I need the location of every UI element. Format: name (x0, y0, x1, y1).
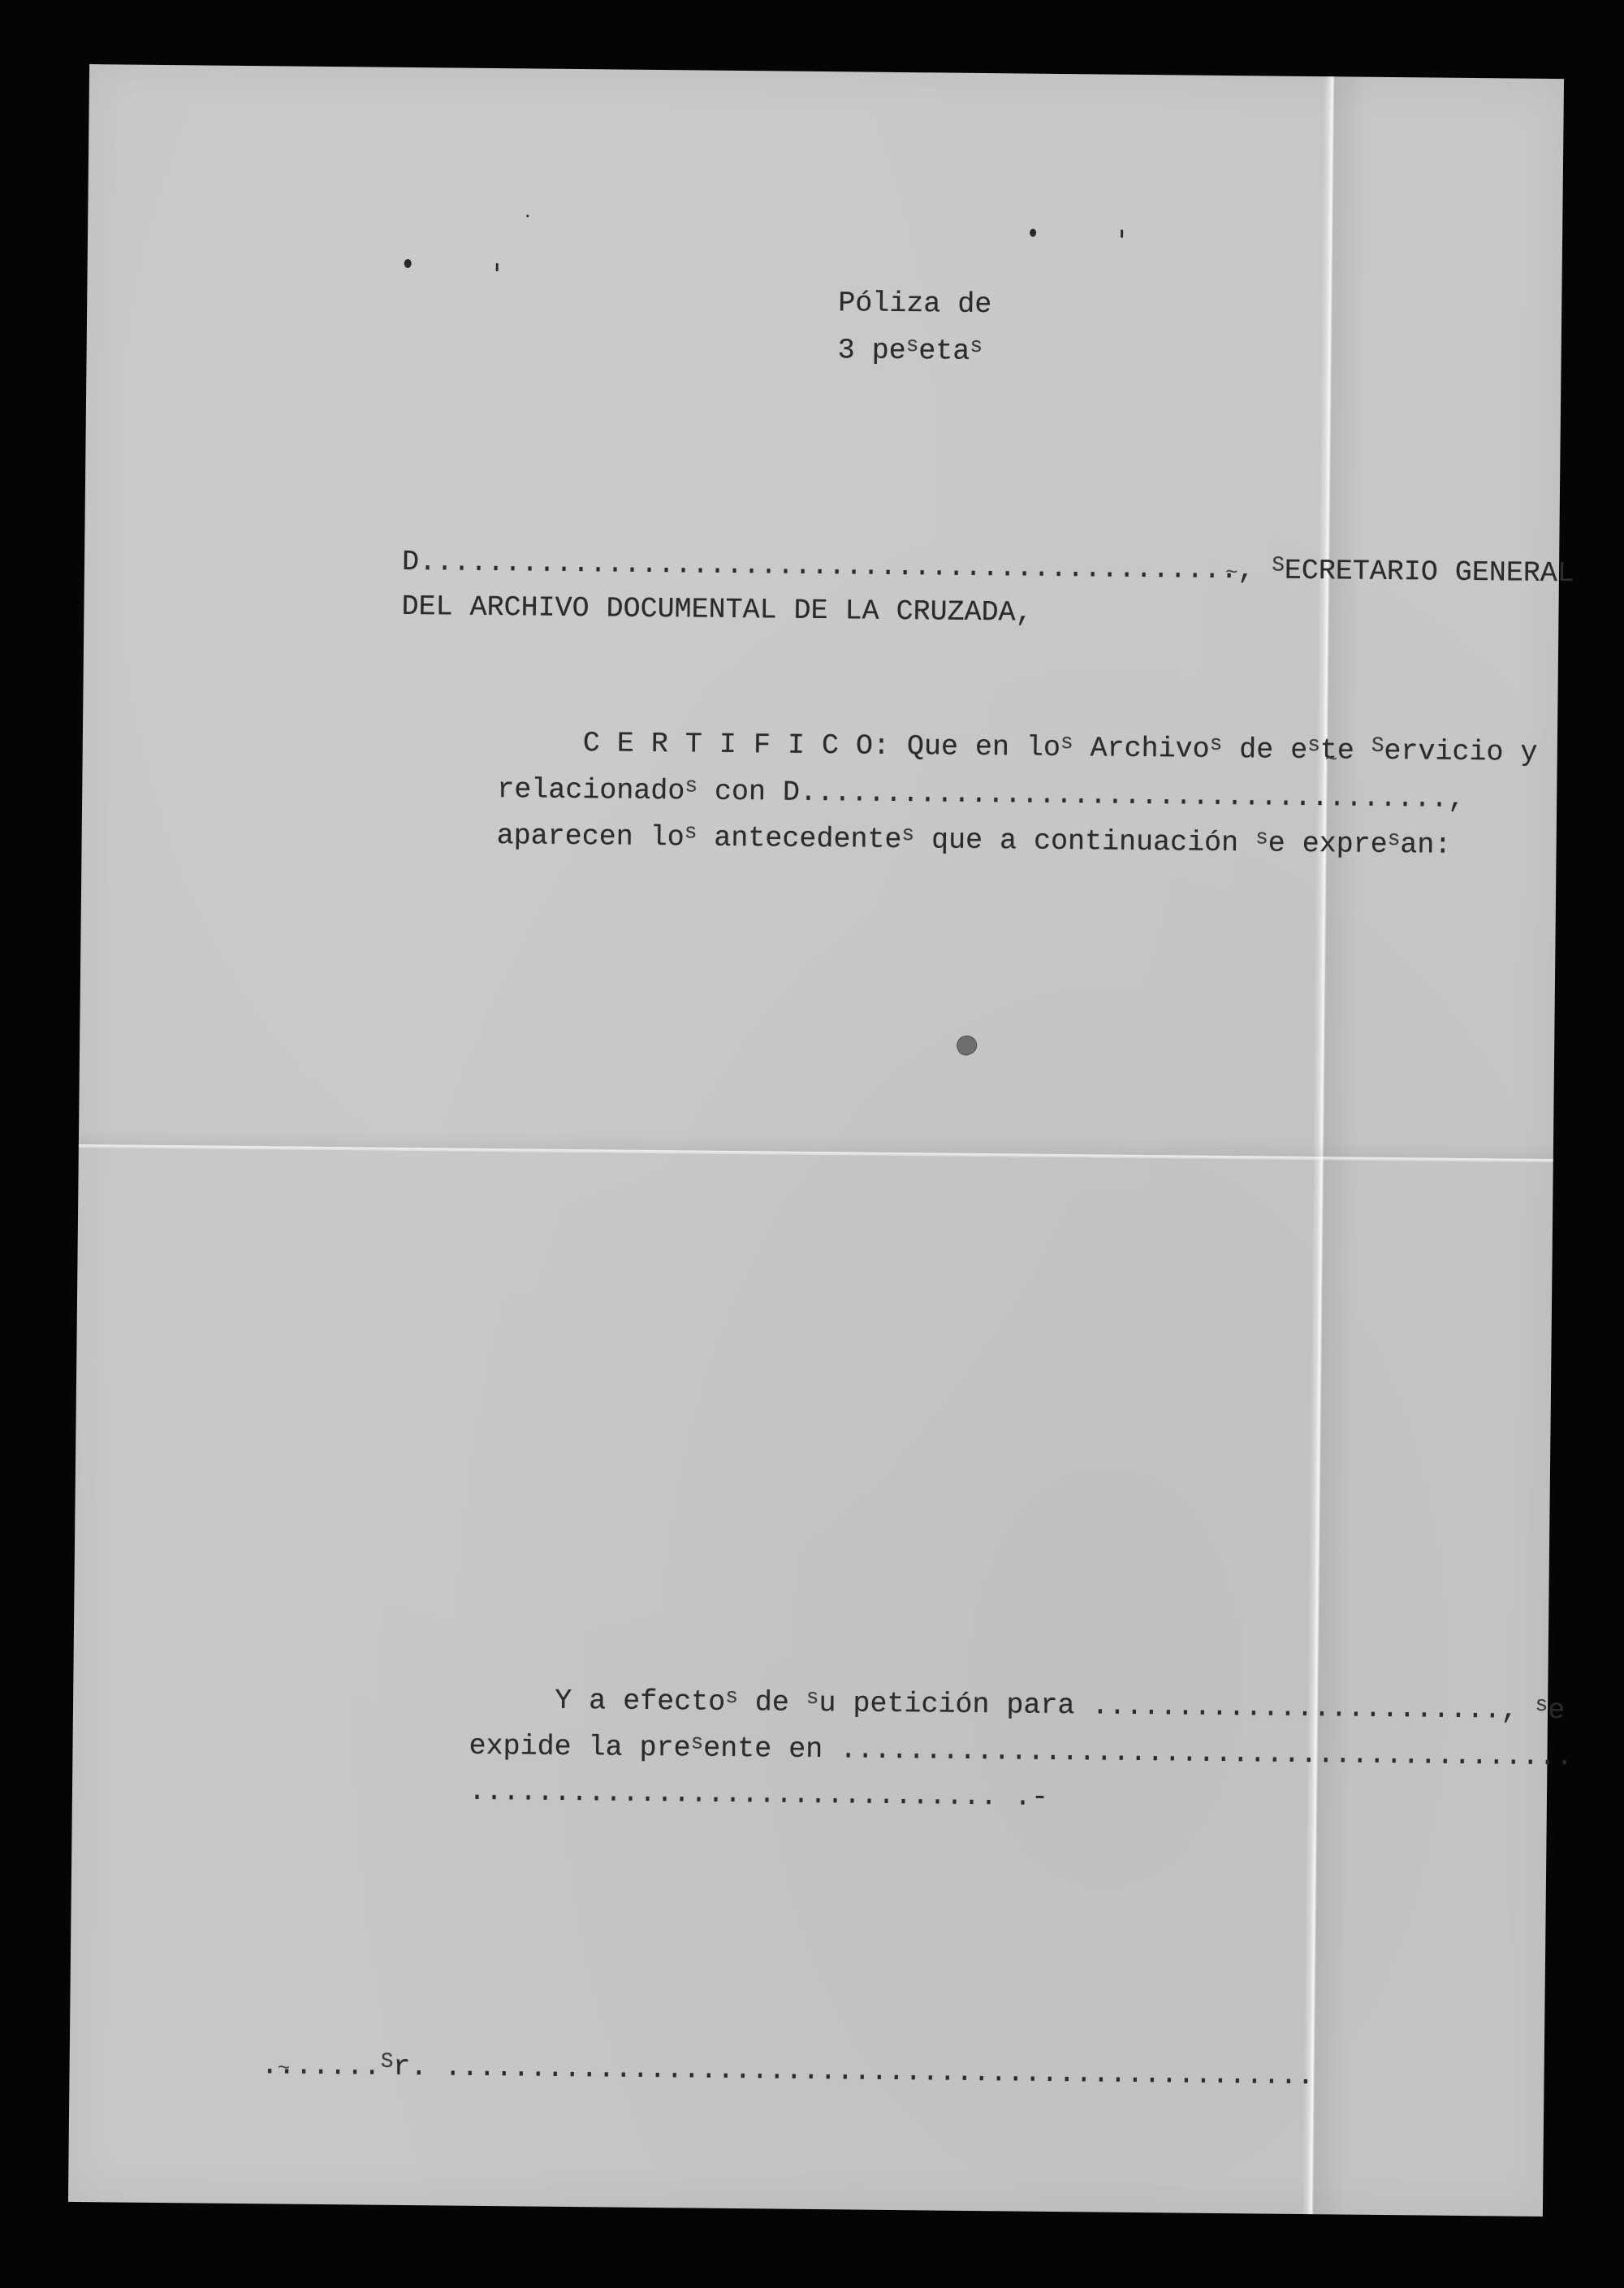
ink-dot-mark (404, 259, 412, 268)
text-fragment: an: (1400, 828, 1451, 862)
scanned-document: Póliza de 3 pesetas D...................… (0, 0, 1624, 2288)
recipient-label-sr: r. (393, 2051, 427, 2083)
ink-dot-mark (1030, 229, 1036, 237)
paper-sheet: Póliza de 3 pesetas D...................… (68, 64, 1564, 2217)
text-fragment: e expre (1268, 828, 1387, 861)
separator: , (1237, 554, 1272, 586)
superscript-s: s (1388, 827, 1401, 851)
superscript-s: s (685, 773, 698, 798)
text-fragment: .- (997, 1780, 1048, 1814)
header-pesetas: 3 pesetas (735, 307, 983, 395)
header-line-2-prefix: 3 pe (838, 334, 906, 367)
tilde-mark: ~ (1225, 560, 1238, 585)
recipient-line: .......Sr. .............................… (158, 2022, 1315, 2119)
superscript-s: s (1255, 825, 1268, 850)
blank-recipient-field[interactable]: ........................................… (427, 2051, 1315, 2092)
text-fragment: que a continuación (914, 824, 1255, 859)
header-line-2-mid: eta (918, 335, 970, 368)
text-fragment: aparecen lo (497, 820, 685, 854)
superscript-s: s (1210, 732, 1223, 756)
superscript-s: s (806, 1685, 819, 1710)
ink-tick-mark (496, 263, 499, 271)
blank-date-field[interactable]: ............................... (469, 1775, 997, 1813)
superscript-s: S (381, 2049, 394, 2074)
ink-tick-mark (1121, 230, 1123, 238)
addressee-line-2: DEL ARCHIVO DOCUMENTAL DE LA CRUZADA, (299, 564, 1033, 656)
superscript-s: s (906, 333, 919, 357)
superscript-s: s (901, 822, 914, 846)
superscript-s: s (1535, 1693, 1548, 1717)
superscript-s: s (970, 334, 983, 358)
superscript-s: s (725, 1685, 738, 1709)
certifico-line-3: aparecen los antecedentes que a continua… (394, 793, 1452, 889)
superscript-s: s (1060, 730, 1073, 755)
secretary-title: ECRETARIO GENERAL (1285, 555, 1574, 590)
ink-smudge (953, 1032, 980, 1058)
text-fragment: antecedente (697, 822, 901, 857)
superscript-s: S (1272, 553, 1285, 577)
tilde-mark: ~ (277, 2056, 290, 2080)
superscript-s: s (1307, 733, 1320, 757)
archive-name: DEL ARCHIVO DOCUMENTAL DE LA CRUZADA, (401, 590, 1033, 629)
closing-line-3: ............................... .- (365, 1749, 1048, 1840)
superscript-s: S (1371, 733, 1384, 758)
ink-speck (526, 214, 529, 217)
superscript-s: s (685, 820, 698, 844)
